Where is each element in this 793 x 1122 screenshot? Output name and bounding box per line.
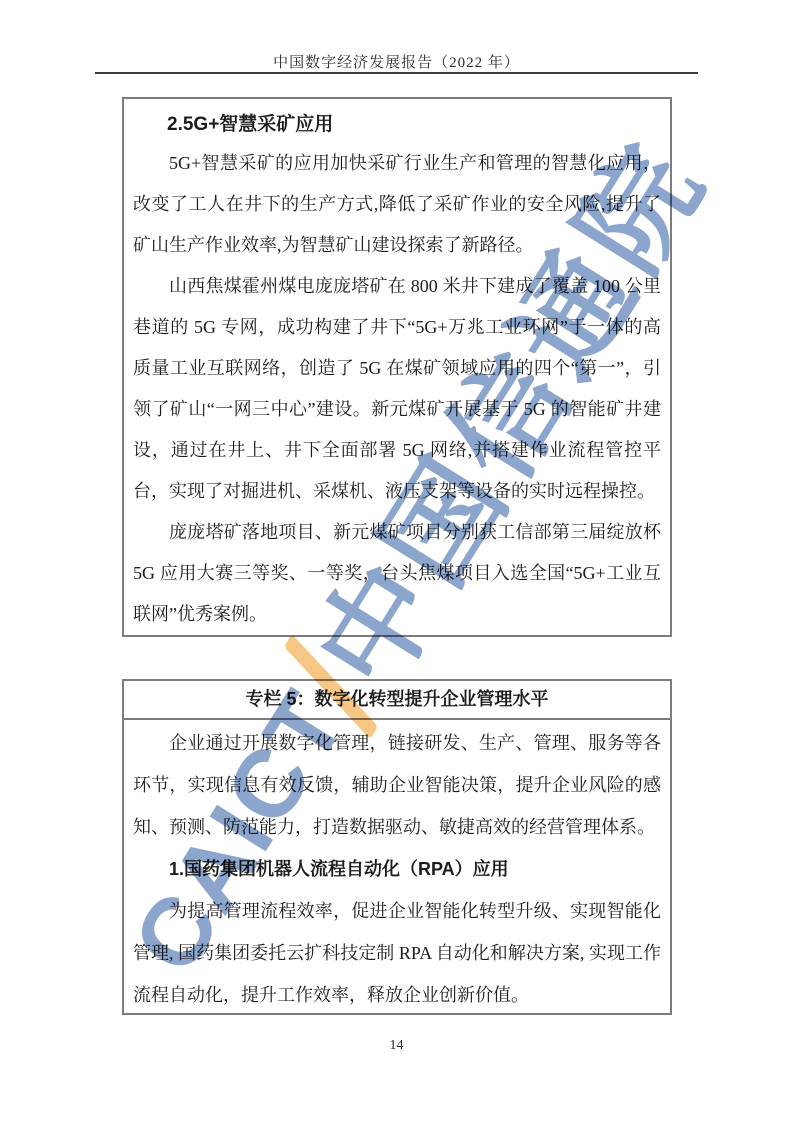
- box2-paragraph-2: 为提高管理流程效率，促进企业智能化转型升级、实现智能化管理, 国药集团委托云扩科…: [133, 890, 661, 1016]
- header-rule: [95, 72, 698, 74]
- page-header: 中国数字经济发展报告（2022 年）: [0, 51, 793, 72]
- box1-paragraph-3: 庞庞塔矿落地项目、新元煤矿项目分别获工信部第三届绽放杯 5G 应用大赛三等奖、一…: [133, 512, 661, 635]
- box1-paragraph-2: 山西焦煤霍州煤电庞庞塔矿在 800 米井下建成了覆盖 100 公里巷道的 5G …: [133, 266, 661, 512]
- box2-subheading-rpa: 1.国药集团机器人流程自动化（RPA）应用: [133, 848, 661, 890]
- box2-paragraph-1: 企业通过开展数字化管理，链接研发、生产、管理、服务等各环节，实现信息有效反馈，辅…: [133, 722, 661, 848]
- document-page: 中国数字经济发展报告（2022 年） 2.5G+智慧采矿应用 5G+智慧采矿的应…: [0, 0, 793, 1122]
- case-box-5g-smart-mining: 2.5G+智慧采矿应用 5G+智慧采矿的应用加快采矿行业生产和管理的智慧化应用，…: [122, 97, 672, 637]
- box1-paragraph-1: 5G+智慧采矿的应用加快采矿行业生产和管理的智慧化应用，改变了工人在井下的生产方…: [133, 143, 661, 266]
- box2-body: 企业通过开展数字化管理，链接研发、生产、管理、服务等各环节，实现信息有效反馈，辅…: [124, 720, 670, 1016]
- page-number: 14: [0, 1038, 793, 1054]
- box2-title: 专栏 5：数字化转型提升企业管理水平: [124, 681, 670, 720]
- box1-title: 2.5G+智慧采矿应用: [133, 107, 661, 143]
- column-box-5-digital-transformation: 专栏 5：数字化转型提升企业管理水平 企业通过开展数字化管理，链接研发、生产、管…: [122, 679, 672, 1015]
